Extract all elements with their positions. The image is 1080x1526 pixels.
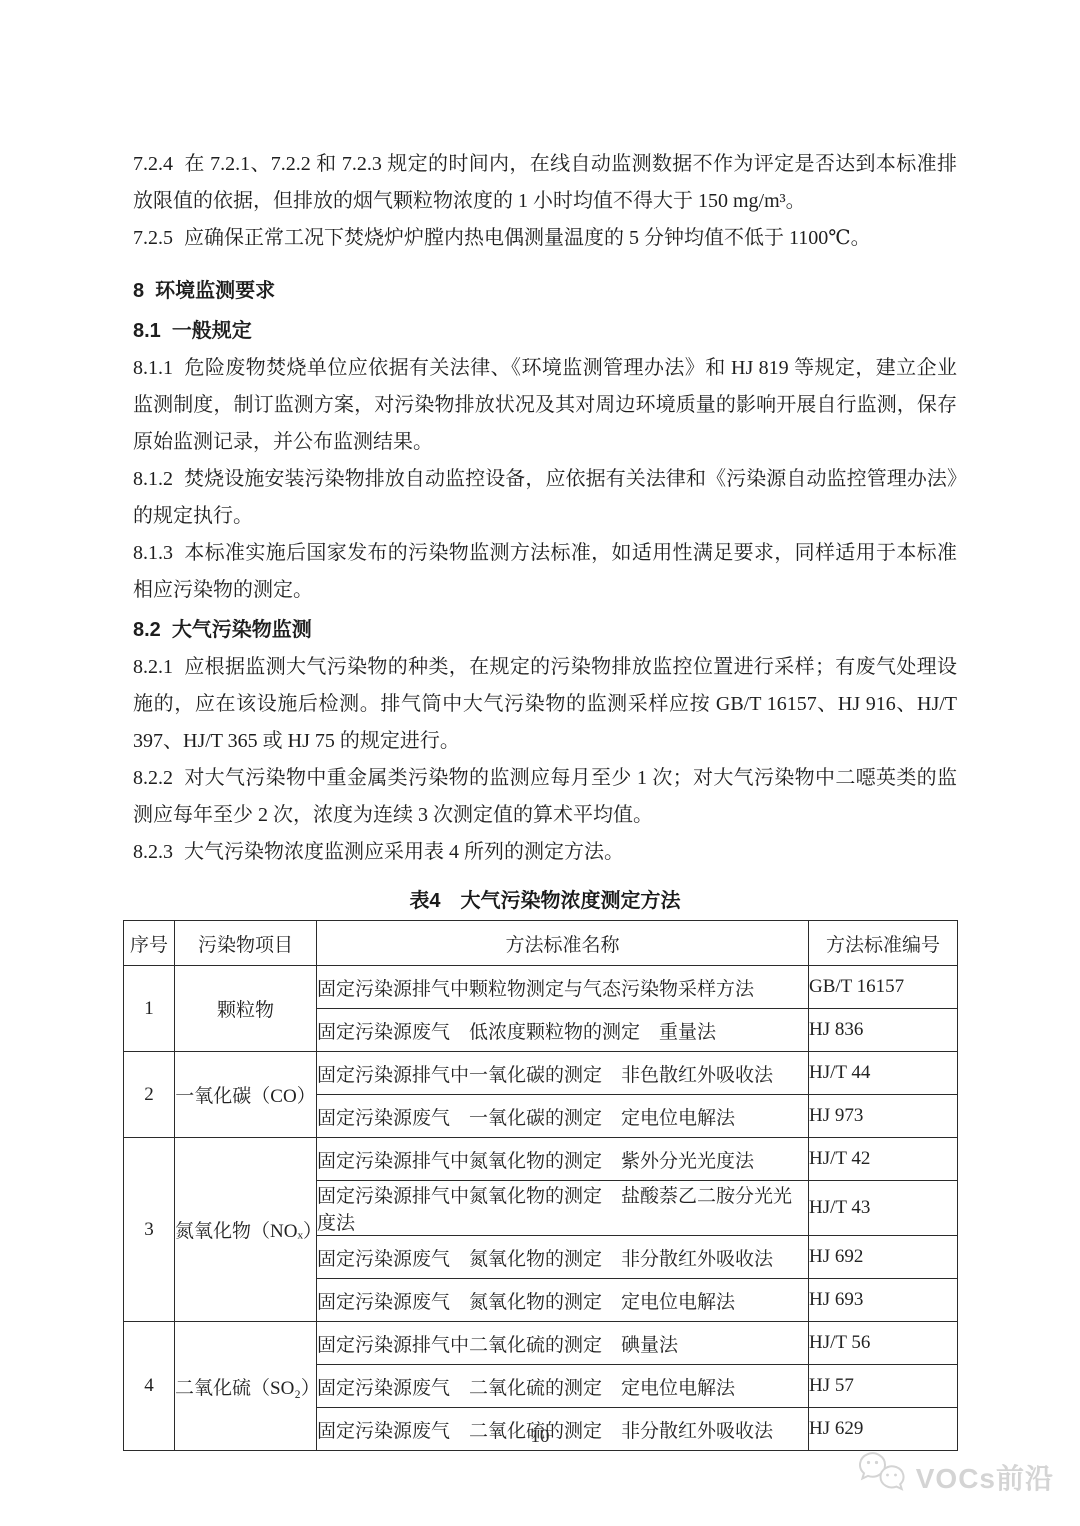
cell-method-code: HJ 57 xyxy=(809,1365,958,1408)
clause-number: 8.1 xyxy=(133,320,172,342)
clause-text: 在 7.2.1、7.2.2 和 7.2.3 规定的时间内，在线自动监测数据不作为… xyxy=(133,153,957,212)
clause-8-2-3: 8.2.3大气污染物浓度监测应采用表 4 所列的测定方法。 xyxy=(133,834,957,871)
section-heading-8-2: 8.2大气污染物监测 xyxy=(133,612,957,649)
cell-method-code: HJ 973 xyxy=(809,1095,958,1138)
clause-text: 本标准实施后国家发布的污染物监测方法标准，如适用性满足要求，同样适用于本标准相应… xyxy=(133,542,957,601)
header-污染物项目: 污染物项目 xyxy=(175,921,317,966)
cell-method-name: 固定污染源废气 氮氧化物的测定 非分散红外吸收法 xyxy=(317,1236,809,1279)
cell-method-name: 固定污染源排气中一氧化碳的测定 非色散红外吸收法 xyxy=(317,1052,809,1095)
cell-pollutant: 颗粒物 xyxy=(175,966,317,1052)
clause-text: 危险废物焚烧单位应依据有关法律、《环境监测管理办法》和 HJ 819 等规定，建… xyxy=(133,357,957,453)
cell-method-name: 固定污染源废气 氮氧化物的测定 定电位电解法 xyxy=(317,1279,809,1322)
cell-method-name: 固定污染源废气 二氧化硫的测定 定电位电解法 xyxy=(317,1365,809,1408)
table-header-row: 序号 污染物项目 方法标准名称 方法标准编号 xyxy=(124,921,958,966)
clause-number: 8.2.1 xyxy=(133,656,184,678)
clause-8-2-2: 8.2.2对大气污染物中重金属类污染物的监测应每月至少 1 次；对大气污染物中二… xyxy=(133,760,957,834)
cell-method-name: 固定污染源排气中二氧化硫的测定 碘量法 xyxy=(317,1322,809,1365)
table-row: 1 颗粒物 固定污染源排气中颗粒物测定与气态污染物采样方法 GB/T 16157 xyxy=(124,966,958,1009)
clause-7-2-5: 7.2.5应确保正常工况下焚烧炉炉膛内热电偶测量温度的 5 分钟均值不低于 11… xyxy=(133,220,957,257)
header-方法标准名称: 方法标准名称 xyxy=(317,921,809,966)
cell-method-code: HJ/T 44 xyxy=(809,1052,958,1095)
cell-method-code: HJ/T 56 xyxy=(809,1322,958,1365)
cell-method-code: HJ/T 42 xyxy=(809,1138,958,1181)
watermark-text: VOCs前沿 xyxy=(916,1457,1054,1497)
section-heading-8-1: 8.1一般规定 xyxy=(133,313,957,350)
document-body: 7.2.4在 7.2.1、7.2.2 和 7.2.3 规定的时间内，在线自动监测… xyxy=(133,146,957,1451)
table-row: 3 氮氧化物（NOₓ） 固定污染源排气中氮氧化物的测定 紫外分光光度法 HJ/T… xyxy=(124,1138,958,1181)
clause-number: 8.1.1 xyxy=(133,357,184,379)
page-number: 10 xyxy=(0,1426,1080,1448)
cell-method-name: 固定污染源排气中氮氧化物的测定 紫外分光光度法 xyxy=(317,1138,809,1181)
cell-serial: 2 xyxy=(124,1052,175,1138)
clause-number: 8.2.3 xyxy=(133,841,184,863)
clause-text: 对大气污染物中重金属类污染物的监测应每月至少 1 次；对大气污染物中二噁英类的监… xyxy=(133,767,957,826)
cell-serial: 1 xyxy=(124,966,175,1052)
watermark: VOCs前沿 xyxy=(859,1452,1054,1501)
cell-pollutant: 氮氧化物（NOₓ） xyxy=(175,1138,317,1322)
heading-text: 一般规定 xyxy=(172,320,252,342)
clause-7-2-4: 7.2.4在 7.2.1、7.2.2 和 7.2.3 规定的时间内，在线自动监测… xyxy=(133,146,957,220)
table-4-measurement-methods: 序号 污染物项目 方法标准名称 方法标准编号 1 颗粒物 固定污染源排气中颗粒物… xyxy=(123,920,958,1451)
clause-number: 8.2 xyxy=(133,619,172,641)
cell-method-code: HJ/T 43 xyxy=(809,1181,958,1236)
cell-method-code: HJ 692 xyxy=(809,1236,958,1279)
table-4-title: 表4 大气污染物浓度测定方法 xyxy=(133,884,957,913)
clause-8-1-3: 8.1.3本标准实施后国家发布的污染物监测方法标准，如适用性满足要求，同样适用于… xyxy=(133,535,957,609)
header-序号: 序号 xyxy=(124,921,175,966)
clause-text: 应根据监测大气污染物的种类，在规定的污染物排放监控位置进行采样；有废气处理设施的… xyxy=(133,656,957,752)
cell-method-code: HJ 836 xyxy=(809,1009,958,1052)
heading-text: 大气污染物监测 xyxy=(172,619,312,641)
clause-number: 8.1.3 xyxy=(133,542,184,564)
clause-number: 7.2.5 xyxy=(133,227,184,249)
clause-text: 大气污染物浓度监测应采用表 4 所列的测定方法。 xyxy=(184,841,624,863)
cell-pollutant: 一氧化碳（CO） xyxy=(175,1052,317,1138)
clause-8-1-1: 8.1.1危险废物焚烧单位应依据有关法律、《环境监测管理办法》和 HJ 819 … xyxy=(133,350,957,461)
clause-text: 焚烧设施安装污染物排放自动监控设备，应依据有关法律和《污染源自动监控管理办法》的… xyxy=(133,468,957,527)
cell-method-name: 固定污染源排气中氮氧化物的测定 盐酸萘乙二胺分光光度法 xyxy=(317,1181,809,1236)
cell-method-name: 固定污染源废气 低浓度颗粒物的测定 重量法 xyxy=(317,1009,809,1052)
section-heading-8: 8环境监测要求 xyxy=(133,273,957,310)
document-page: 7.2.4在 7.2.1、7.2.2 和 7.2.3 规定的时间内，在线自动监测… xyxy=(0,0,1080,1526)
cell-method-code: HJ 693 xyxy=(809,1279,958,1322)
clause-number: 8.2.2 xyxy=(133,767,184,789)
cell-method-code: GB/T 16157 xyxy=(809,966,958,1009)
cell-method-name: 固定污染源废气 一氧化碳的测定 定电位电解法 xyxy=(317,1095,809,1138)
cell-serial: 3 xyxy=(124,1138,175,1322)
wechat-icon xyxy=(859,1452,909,1501)
clause-number: 8.1.2 xyxy=(133,468,184,490)
clause-8-2-1: 8.2.1应根据监测大气污染物的种类，在规定的污染物排放监控位置进行采样；有废气… xyxy=(133,649,957,760)
clause-text: 应确保正常工况下焚烧炉炉膛内热电偶测量温度的 5 分钟均值不低于 1100℃。 xyxy=(184,227,871,249)
table-row: 4 二氧化硫（SO₂） 固定污染源排气中二氧化硫的测定 碘量法 HJ/T 56 xyxy=(124,1322,958,1365)
table-row: 2 一氧化碳（CO） 固定污染源排气中一氧化碳的测定 非色散红外吸收法 HJ/T… xyxy=(124,1052,958,1095)
clause-number: 7.2.4 xyxy=(133,153,184,175)
header-方法标准编号: 方法标准编号 xyxy=(809,921,958,966)
cell-method-name: 固定污染源排气中颗粒物测定与气态污染物采样方法 xyxy=(317,966,809,1009)
clause-number: 8 xyxy=(133,280,155,302)
heading-text: 环境监测要求 xyxy=(155,280,275,302)
clause-8-1-2: 8.1.2焚烧设施安装污染物排放自动监控设备，应依据有关法律和《污染源自动监控管… xyxy=(133,461,957,535)
